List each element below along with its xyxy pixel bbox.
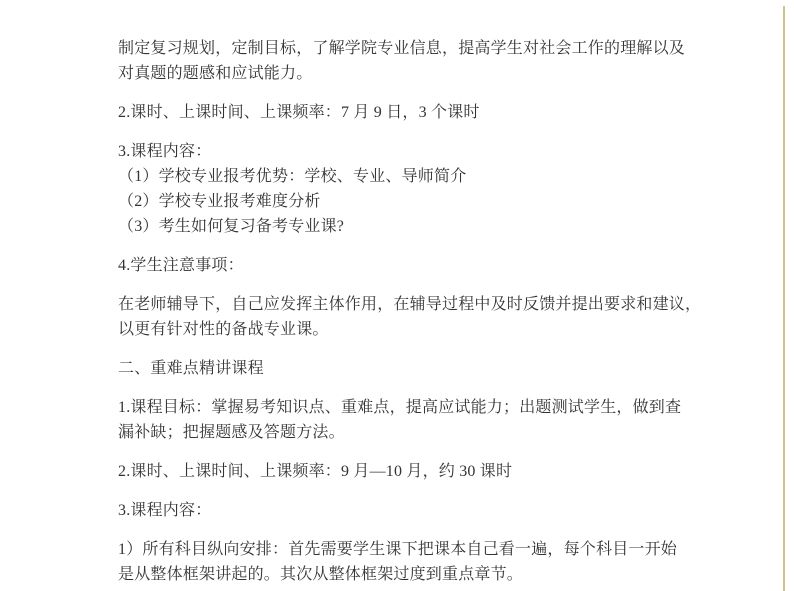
text-line: 制定复习规划，定制目标，了解学院专业信息，提高学生对社会工作的理解以及 — [118, 36, 680, 61]
text-line: 3.课程内容： — [118, 139, 680, 164]
text-line: 2.课时、上课时间、上课频率：7 月 9 日，3 个课时 — [118, 100, 680, 125]
text-line: （1）学校专业报考优势：学校、专业、导师简介 — [118, 164, 680, 189]
text-line: 1）所有科目纵向安排：首先需要学生课下把课本自己看一遍，每个科目一开始 — [118, 537, 680, 562]
text-line: 1.课程目标：掌握易考知识点、重难点，提高应试能力；出题测试学生，做到查 — [118, 395, 680, 420]
text-line: 3.课程内容： — [118, 498, 680, 523]
text-line: 漏补缺；把握题感及答题方法。 — [118, 420, 680, 445]
text-line: 以更有针对性的备战专业课。 — [118, 317, 680, 342]
document-page-text: 制定复习规划，定制目标，了解学院专业信息，提高学生对社会工作的理解以及 对真题的… — [118, 36, 680, 587]
text-line: 2.课时、上课时间、上课频率：9 月—10 月，约 30 课时 — [118, 459, 680, 484]
text-line: 对真题的题感和应试能力。 — [118, 61, 680, 86]
text-line: （2）学校专业报考难度分析 — [118, 189, 680, 214]
text-line: 是从整体框架讲起的。其次从整体框架过度到重点章节。 — [118, 562, 680, 587]
text-line: （3）考生如何复习备考专业课? — [118, 214, 680, 239]
page-edge-line — [783, 6, 785, 591]
text-line: 二、重难点精讲课程 — [118, 356, 680, 381]
text-line: 在老师辅导下，自己应发挥主体作用，在辅导过程中及时反馈并提出要求和建议， — [118, 292, 680, 317]
text-line: 4.学生注意事项： — [118, 253, 680, 278]
